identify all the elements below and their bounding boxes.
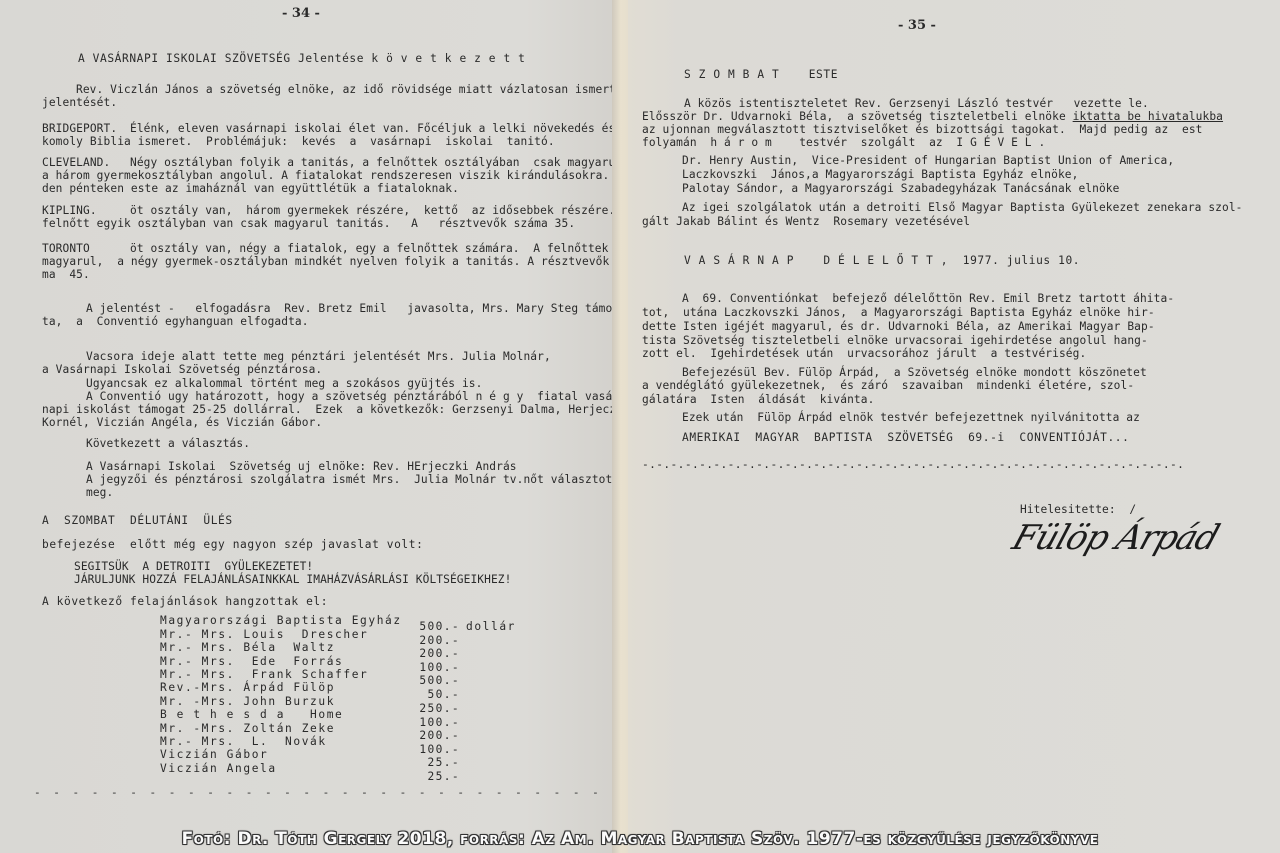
treasurer-line: Vacsora ideje alatt tette meg pénztári j…: [86, 350, 551, 363]
report-line: a három gyermekosztályban angolul. A fia…: [42, 169, 618, 182]
thanks-line: a vendéglátó gyülekezetnek, és záró szav…: [642, 379, 1134, 392]
afternoon-intro: befejezése előtt még egy nagyon szép jav…: [42, 538, 423, 551]
donation-amount: 200.-: [400, 729, 460, 742]
evening-line: folyamán h á r o m testvér szolgált az I…: [642, 136, 1045, 149]
page-number: - 35 -: [898, 18, 936, 33]
closing-caps: AMERIKAI MAGYAR BAPTISTA SZÖVETSÉG 69.-i…: [682, 431, 1129, 444]
donor-name: Magyarországi Baptista Egyház: [160, 614, 402, 627]
offers-intro: A következő felajánlások hangzottak el:: [42, 595, 328, 608]
divider-line: - - - - - - - - - - - - - - - - - - - - …: [34, 786, 618, 799]
page-number: - 34 -: [282, 6, 320, 21]
donor-name: Mr.- Mrs. L. Novák: [160, 735, 327, 748]
donor-name: Viczián Gábor: [160, 748, 268, 761]
intro-line: jelentését.: [42, 96, 117, 109]
donation-amount: 100.-: [400, 743, 460, 756]
music-line: Az igei szolgálatok után a detroiti Első…: [682, 201, 1243, 214]
underlined-phrase: iktatta be hivatalukba: [1073, 110, 1223, 123]
acceptance-line: A jelentést - elfogadásra Rev. Bretz Emi…: [86, 302, 618, 315]
speaker-line: Laczkovszki János,a Magyarországi Baptis…: [682, 168, 1078, 181]
speaker-line: Dr. Henry Austin, Vice-President of Hung…: [682, 154, 1174, 167]
photo-caption: Fotó: Dr. Tóth Gergely 2018, forrás: Az …: [0, 829, 1280, 849]
place-name: KIPLING.: [42, 204, 97, 217]
place-name: TORONTO: [42, 242, 90, 255]
treasurer-line: Ugyancsak ez alkalommal történt meg a sz…: [86, 377, 482, 390]
sunday-line: zott el. Igehirdetések után urvacsorához…: [642, 347, 1086, 360]
place-name: CLEVELAND.: [42, 156, 110, 169]
music-line: gált Jakab Bálint és Wentz Rosemary veze…: [642, 215, 970, 228]
divider-line: -.-.-.-.-.-.-.-.-.-.-.-.-.-.-.-.-.-.-.-.…: [642, 458, 1184, 471]
donation-amount: 25.-: [400, 770, 460, 783]
donor-name: Mr.- Mrs. Frank Schaffer: [160, 668, 368, 681]
speaker-line: Palotay Sándor, a Magyarországi Szabadeg…: [682, 182, 1119, 195]
report-line: den pénteken este az imaháznál van együt…: [42, 182, 459, 195]
donation-amount: 200.-: [400, 647, 460, 660]
donor-name: Mr. -Mrs. Zoltán Zeke: [160, 722, 335, 735]
right-page: - 35 - S Z O M B A T ESTE A közös istent…: [628, 0, 1280, 853]
donation-amount: 500.-: [400, 620, 460, 633]
donation-amount: 500.-: [400, 674, 460, 687]
intro-line: Rev. Viczlán János a szövetség elnöke, a…: [76, 83, 618, 96]
appeal-line: JÁRULJUNK HOZZÁ FELAJÁNLÁSAINKKAL IMAHÁZ…: [74, 573, 511, 586]
treasurer-line: A Conventió ugy határozott, hogy a szöve…: [86, 390, 618, 403]
closing-line: Ezek után Fülöp Árpád elnök testvér befe…: [682, 411, 1140, 424]
evening-title: S Z O M B A T ESTE: [684, 68, 838, 81]
evening-line: Elősször Dr. Udvarnoki Béla, a szövetség…: [642, 110, 1223, 123]
thanks-line: Befejezésül Bev. Fülöp Árpád, a Szövetsé…: [682, 366, 1147, 379]
report-line: Élénk, eleven vasárnapi iskolai élet van…: [130, 122, 618, 135]
report-line: öt osztály van, négy a fiatalok, egy a f…: [130, 242, 618, 255]
donation-amount: 250.-: [400, 702, 460, 715]
appeal-line: SEGITSÜK A DETROITI GYÜLEKEZETET!: [74, 560, 313, 573]
report-line: ma 45.: [42, 268, 90, 281]
donor-name: Mr.- Mrs. Louis Drescher: [160, 628, 368, 641]
sunday-line: dette Isten igéjét magyarul, és dr. Udva…: [642, 320, 1155, 333]
sunday-line: tot, utána Laczkovszki János, a Magyaror…: [642, 306, 1155, 319]
election-intro: Következett a választás.: [86, 437, 250, 450]
thanks-line: gálatára Isten áldását kivánta.: [642, 393, 874, 406]
donation-amount: 100.-: [400, 716, 460, 729]
acceptance-line: ta, a Conventió egyhanguan elfogadta.: [42, 315, 309, 328]
election-line: A jegyzői és pénztárosi szolgálatra ismé…: [86, 473, 618, 486]
afternoon-title: A SZOMBAT DÉLUTÁNI ÜLÉS: [42, 514, 233, 527]
sunday-title: V A S Á R N A P D É L E L Ő T T , 1977. …: [684, 254, 1080, 267]
treasurer-line: Kornél, Viczián Angéla, és Viczián Gábor…: [42, 416, 322, 429]
treasurer-line: napi iskolást támogat 25-25 dollárral. E…: [42, 403, 616, 416]
report-line: öt osztály van, három gyermekek részére,…: [130, 204, 618, 217]
donor-name: Rev.-Mrs. Árpád Fülöp: [160, 681, 335, 694]
sunday-line: A 69. Conventiónkat befejező délelőttön …: [682, 292, 1174, 305]
report-line: felnőtt egyik osztályban van csak magyar…: [42, 217, 575, 230]
sunday-line: tista Szövetség tiszteletbeli elnöke urv…: [642, 334, 1148, 347]
report-line: komoly Biblia ismeret. Problémájuk: kevé…: [42, 135, 555, 148]
donation-amount: 100.-: [400, 661, 460, 674]
donation-amount: 25.-: [400, 756, 460, 769]
section-title: A VASÁRNAPI ISKOLAI SZÖVETSÉG Jelentése …: [78, 52, 525, 65]
donor-name: Mr.- Mrs. Ede Forrás: [160, 655, 343, 668]
donation-amount: 50.-: [400, 688, 460, 701]
donor-name: Mr.- Mrs. Béla Waltz: [160, 641, 335, 654]
election-line: meg.: [86, 486, 113, 499]
donation-amount: 200.-: [400, 634, 460, 647]
signature: Fülöp Árpád: [1008, 518, 1224, 558]
evening-line: az ujonnan megválasztott tisztviselőket …: [642, 123, 1203, 136]
report-line: magyarul, a négy gyermek-osztályban mind…: [42, 255, 618, 268]
evening-line: A közös istentiszteletet Rev. Gerzsenyi …: [684, 97, 1149, 110]
donor-name: Viczián Angela: [160, 762, 277, 775]
treasurer-line: a Vasárnapi Iskolai Szövetség pénztárosa…: [42, 363, 322, 376]
donor-name: Mr. -Mrs. John Burzuk: [160, 695, 335, 708]
certified-label: Hitelesitette: /: [1020, 503, 1136, 516]
election-line: A Vasárnapi Iskolai Szövetség uj elnöke:…: [86, 460, 517, 473]
place-name: BRIDGEPORT.: [42, 122, 117, 135]
donor-name: B e t h e s d a Home: [160, 708, 343, 721]
currency-label: dollár: [466, 620, 516, 633]
evening-text: Elősször Dr. Udvarnoki Béla, a szövetség…: [642, 110, 1073, 123]
report-line: Négy osztályban folyik a tanitás, a feln…: [130, 156, 618, 169]
left-page: - 34 - A VASÁRNAPI ISKOLAI SZÖVETSÉG Jel…: [0, 0, 618, 853]
